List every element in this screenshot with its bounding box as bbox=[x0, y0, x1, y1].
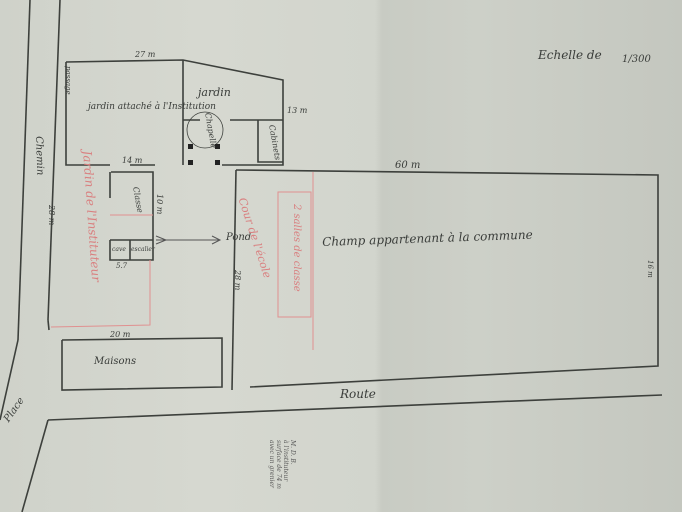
label-maisons: Maisons bbox=[94, 356, 136, 367]
label-cave: cave bbox=[112, 246, 126, 253]
dim-field-width: 60 m bbox=[395, 160, 420, 171]
dim-right-garden: 13 m bbox=[287, 106, 307, 115]
label-chemin: Chemin bbox=[33, 136, 45, 176]
margin-note: M. D. B. à l'instituteur surface de 74 m… bbox=[268, 440, 296, 489]
dim-cave-width: 5.7 bbox=[116, 262, 127, 270]
label-jardin-attached: jardin attaché à l'Institution bbox=[88, 102, 216, 112]
plan-drawing bbox=[0, 0, 682, 512]
label-jardin: jardin bbox=[198, 86, 231, 99]
dim-field-height: 16 m bbox=[646, 260, 654, 278]
dim-top-width: 27 m bbox=[135, 50, 155, 59]
dim-left-length: 28 m bbox=[47, 205, 56, 225]
dim-maisons-width: 20 m bbox=[110, 330, 130, 339]
scale-value: 1/300 bbox=[622, 54, 651, 65]
chemin-line-left bbox=[18, 0, 30, 340]
dim-cour-length: 28 m bbox=[233, 270, 242, 290]
chemin-line-right bbox=[48, 0, 60, 320]
label-salles-classe: 2 salles de classe bbox=[291, 204, 302, 292]
label-route: Route bbox=[340, 387, 376, 401]
dim-mid-width: 14 m bbox=[122, 156, 142, 165]
label-passage: passage bbox=[64, 66, 72, 95]
dim-classe-height: 10 m bbox=[155, 194, 164, 214]
scale-label: Echelle de bbox=[538, 48, 602, 62]
site-plan-sheet: Echelle de 1/300 jardin attaché à l'Inst… bbox=[0, 0, 682, 512]
label-escalier: escalier bbox=[131, 246, 155, 253]
